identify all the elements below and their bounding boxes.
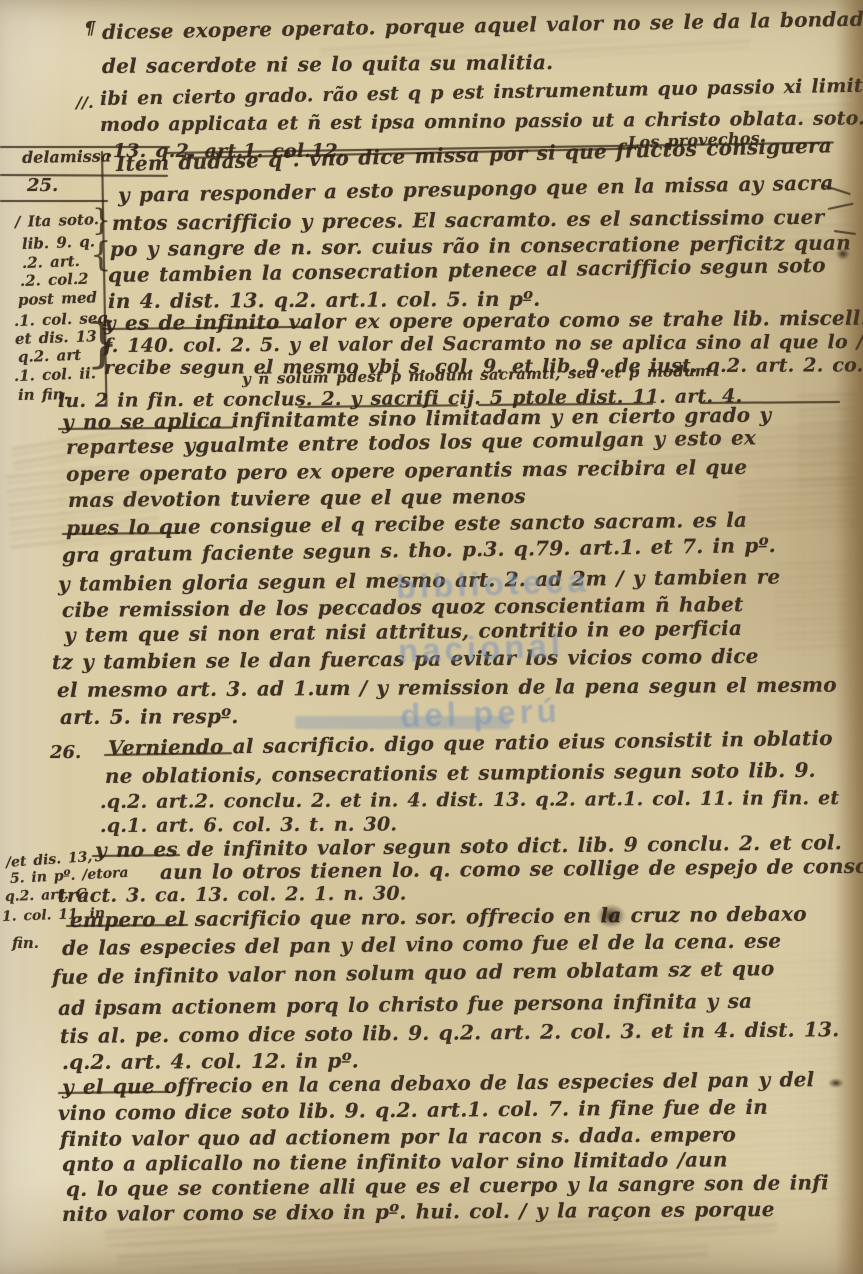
handwritten-line: f. 140. col. 2. 5. y el valor del Sacram… [104, 333, 863, 356]
handwritten-line: art. 5. in respº. [60, 706, 239, 727]
handwritten-line: y es de infinito valor ex opere operato … [104, 308, 863, 333]
margin-note: lib. 9. q. [22, 234, 95, 252]
ink-blot [828, 1078, 844, 1088]
bleedthrough-mark [740, 90, 852, 132]
library-stamp: biblioteca nacional del perú [395, 549, 596, 749]
stamp-line-3: del perú [399, 677, 595, 748]
margin-note: post med [18, 290, 97, 308]
ink-rule [0, 200, 108, 202]
handwritten-line: y para responder a esto presupongo que e… [118, 173, 834, 205]
handwritten-line: ne oblationis, consecrationis et sumptio… [105, 760, 816, 786]
handwritten-line: tract. 3. ca. 13. col. 2. 1. n. 30. [58, 885, 407, 906]
margin-note: 1. col. 11. in [2, 906, 106, 924]
margin-brace: { [90, 238, 112, 272]
margin-brace: } [86, 318, 119, 370]
margin-note: q.2. art. C [5, 887, 87, 904]
margin-note: et dis. 13 [15, 329, 97, 347]
bleedthrough-mark [775, 560, 850, 650]
bleedthrough-mark [738, 478, 856, 534]
margin-note: fin. [12, 936, 39, 951]
handwritten-line: ¶ [84, 20, 96, 38]
stamp-line-1: biblioteca [395, 549, 591, 620]
ink-blot [596, 904, 626, 928]
handwritten-line: .q.2. art. 4. col. 12. in pº. [62, 1050, 359, 1072]
margin-note: .1. col. ii. [14, 366, 96, 384]
bleedthrough-mark [5, 463, 160, 551]
manuscript-page: ¶dicese exopere operato. porque aquel va… [0, 0, 863, 1274]
handwritten-line: .q.2. art.2. conclu. 2. et in. 4. dist. … [100, 789, 839, 812]
bleedthrough-mark [620, 950, 845, 1210]
margin-note: q.2. art [18, 348, 82, 365]
section-number: 26. [50, 744, 81, 762]
handwritten-line: //. [76, 95, 94, 111]
margin-heading: delamissa [22, 148, 111, 166]
bleedthrough-mark [598, 424, 849, 470]
bleedthrough-mark [238, 1266, 538, 1274]
handwritten-line: mtos sacrifficio y preces. El sacramto. … [112, 207, 824, 233]
margin-note: .2. col.2 [20, 272, 89, 289]
stamp-line-2: nacional [397, 613, 593, 684]
ink-rule [828, 203, 854, 210]
handwritten-line: aun lo otros tienen lo. q. como se colli… [160, 856, 863, 882]
ink-rule [0, 174, 168, 177]
handwritten-line: dicese exopere operato. porque aquel val… [102, 9, 863, 42]
ink-blot [836, 248, 850, 260]
handwritten-line: empero el sacrificio que nro. sor. offre… [70, 904, 807, 930]
handwritten-line: .q.1. art. 6. col. 3. t. n. 30. [100, 815, 397, 836]
margin-note: / Ita soto. [15, 212, 99, 230]
margin-note: in fin. [18, 387, 69, 403]
margin-note: .2. art. [22, 254, 80, 271]
section-number: 25. [27, 177, 58, 195]
ink-rule [0, 146, 170, 148]
